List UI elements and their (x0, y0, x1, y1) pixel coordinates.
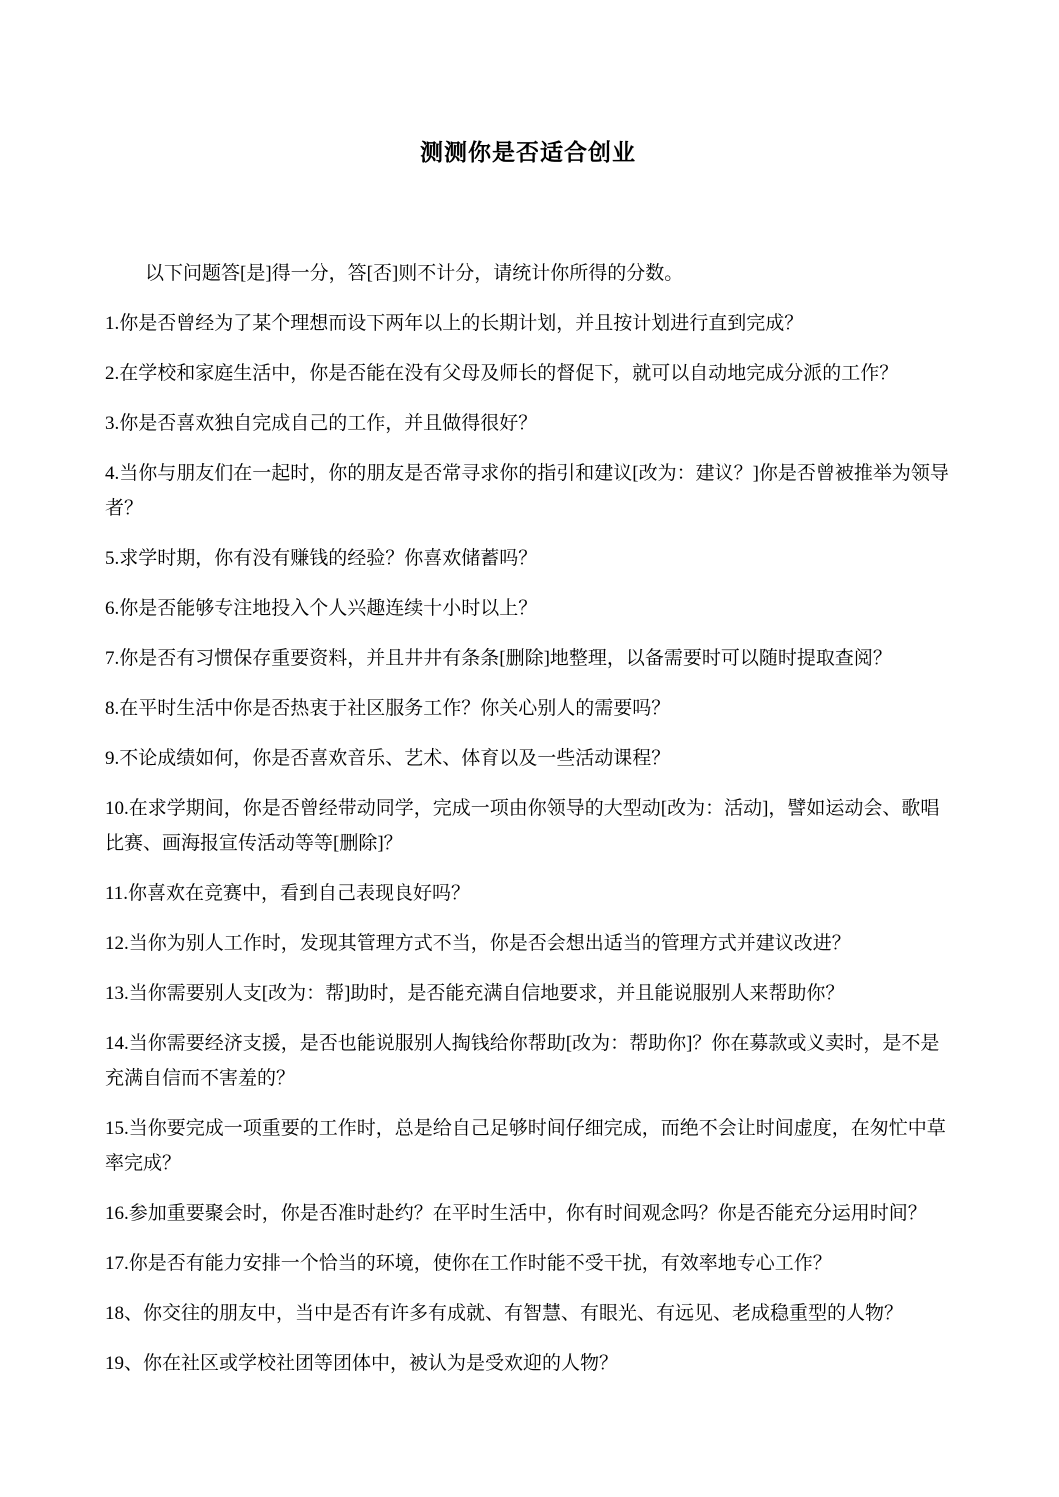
question-17: 17.你是否有能力安排一个恰当的环境，使你在工作时能不受干扰，有效率地专心工作？ (105, 1246, 951, 1281)
question-18: 18、你交往的朋友中，当中是否有许多有成就、有智慧、有眼光、有远见、老成稳重型的… (105, 1296, 951, 1331)
question-1: 1.你是否曾经为了某个理想而设下两年以上的长期计划，并且按计划进行直到完成？ (105, 306, 951, 341)
question-10: 10.在求学期间，你是否曾经带动同学，完成一项由你领导的大型动[改为：活动]，譬… (105, 791, 951, 861)
document-title: 测测你是否适合创业 (105, 138, 951, 168)
document-page: 测测你是否适合创业 以下问题答[是]得一分，答[否]则不计分，请统计你所得的分数… (0, 0, 1059, 1497)
question-9: 9.不论成绩如何，你是否喜欢音乐、艺术、体育以及一些活动课程？ (105, 741, 951, 776)
question-5: 5.求学时期，你有没有赚钱的经验？你喜欢储蓄吗？ (105, 541, 951, 576)
question-12: 12.当你为别人工作时，发现其管理方式不当，你是否会想出适当的管理方式并建议改进… (105, 926, 951, 961)
question-7: 7.你是否有习惯保存重要资料，并且井井有条条[删除]地整理，以备需要时可以随时提… (105, 641, 951, 676)
question-14: 14.当你需要经济支援，是否也能说服别人掏钱给你帮助[改为：帮助你]？你在募款或… (105, 1026, 951, 1096)
question-4: 4.当你与朋友们在一起时，你的朋友是否常寻求你的指引和建议[改为：建议？]你是否… (105, 456, 951, 526)
question-11: 11.你喜欢在竞赛中，看到自己表现良好吗？ (105, 876, 951, 911)
question-6: 6.你是否能够专注地投入个人兴趣连续十小时以上？ (105, 591, 951, 626)
question-13: 13.当你需要别人支[改为：帮]助时，是否能充满自信地要求，并且能说服别人来帮助… (105, 976, 951, 1011)
question-19: 19、你在社区或学校社团等团体中，被认为是受欢迎的人物？ (105, 1346, 951, 1381)
intro-paragraph: 以下问题答[是]得一分，答[否]则不计分，请统计你所得的分数。 (105, 256, 951, 291)
question-2: 2.在学校和家庭生活中，你是否能在没有父母及师长的督促下，就可以自动地完成分派的… (105, 356, 951, 391)
question-15: 15.当你要完成一项重要的工作时，总是给自己足够时间仔细完成，而绝不会让时间虚度… (105, 1111, 951, 1181)
question-3: 3.你是否喜欢独自完成自己的工作，并且做得很好？ (105, 406, 951, 441)
question-8: 8.在平时生活中你是否热衷于社区服务工作？你关心别人的需要吗？ (105, 691, 951, 726)
question-16: 16.参加重要聚会时，你是否准时赴约？在平时生活中，你有时间观念吗？你是否能充分… (105, 1196, 951, 1231)
